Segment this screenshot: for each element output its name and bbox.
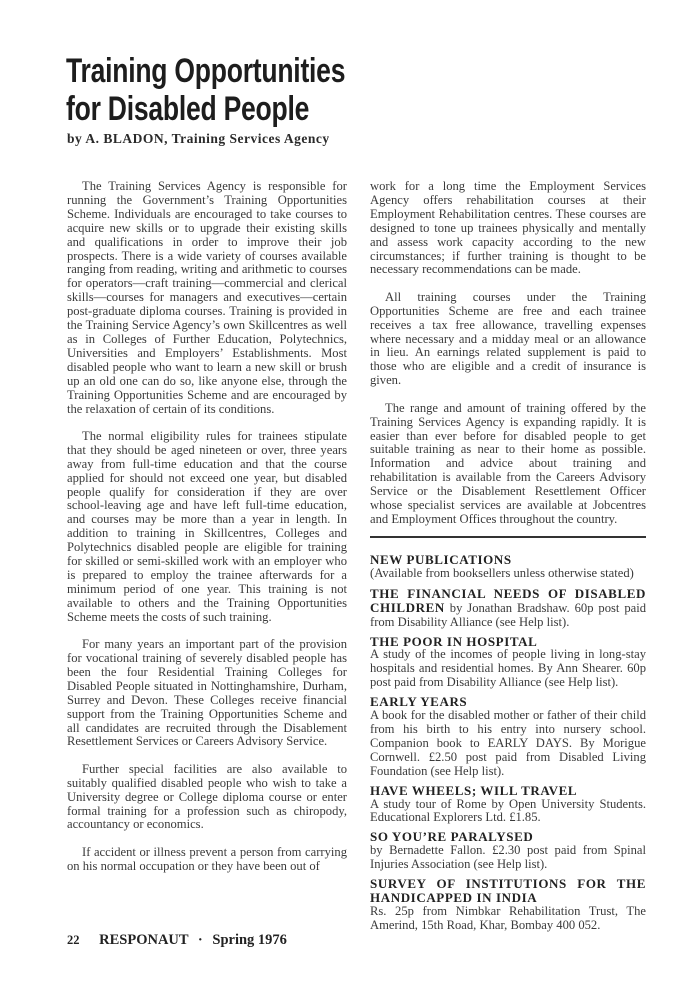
publication-item: SURVEY OF INSTITUTIONS FOR THE HANDICAPP…: [370, 877, 646, 933]
paragraph: All training courses under the Training …: [370, 291, 646, 388]
footer-separator: ·: [198, 932, 203, 948]
paragraph: If accident or illness prevent a person …: [67, 846, 347, 874]
publication-item: SO YOU’RE PARALYSED by Bernadette Fallon…: [370, 830, 646, 872]
article-title-line-2: for Disabled People: [66, 90, 309, 128]
new-publications-section: NEW PUBLICATIONS (Available from booksel…: [370, 553, 646, 938]
article-byline: by A. BLADON, Training Services Agency: [67, 131, 330, 147]
paragraph: The normal eligibility rules for trainee…: [67, 430, 347, 625]
publication-item: THE POOR IN HOSPITAL A study of the inco…: [370, 635, 646, 691]
publication-description: A study of the incomes of people living …: [370, 647, 646, 689]
left-column: The Training Services Agency is responsi…: [67, 180, 347, 887]
publication-title: SO YOU’RE PARALYSED: [370, 830, 646, 844]
paragraph: For many years an important part of the …: [67, 638, 347, 749]
magazine-name: RESPONAUT: [99, 932, 188, 948]
publications-heading: NEW PUBLICATIONS: [370, 553, 646, 567]
article-title: Training Opportunities for Disabled Peop…: [66, 52, 345, 128]
page-number: 22: [67, 933, 80, 947]
publication-description: by Bernadette Fallon. £2.30 post paid fr…: [370, 843, 646, 871]
publication-item: THE FINANCIAL NEEDS OF DISABLED CHILDREN…: [370, 587, 646, 630]
publication-title: EARLY YEARS: [370, 695, 646, 709]
issue-date: Spring 1976: [212, 932, 287, 948]
section-divider: [370, 536, 646, 538]
publication-title: THE FINANCIAL NEEDS OF DISABLED: [370, 587, 646, 601]
publication-item: EARLY YEARS A book for the disabled moth…: [370, 695, 646, 778]
paragraph: The Training Services Agency is responsi…: [67, 180, 347, 416]
magazine-page: Training Opportunities for Disabled Peop…: [0, 0, 690, 985]
article-title-line-1: Training Opportunities: [66, 52, 345, 90]
publication-description: A book for the disabled mother or father…: [370, 708, 646, 778]
publication-title: HAVE WHEELS; WILL TRAVEL: [370, 784, 646, 798]
page-footer: 22 RESPONAUT · Spring 1976: [67, 932, 287, 949]
publications-subheading: (Available from booksellers unless other…: [370, 567, 646, 581]
publication-title: SURVEY OF INSTITUTIONS FOR THE HANDICAPP…: [370, 877, 646, 905]
paragraph: The range and amount of training offered…: [370, 402, 646, 527]
paragraph-continued: work for a long time the Employment Serv…: [370, 180, 646, 277]
publication-item: HAVE WHEELS; WILL TRAVEL A study tour of…: [370, 784, 646, 826]
publication-title: THE POOR IN HOSPITAL: [370, 635, 646, 649]
publication-title-cont: CHILDREN: [370, 600, 445, 615]
publication-description: A study tour of Rome by Open University …: [370, 797, 646, 825]
right-column: work for a long time the Employment Serv…: [370, 180, 646, 540]
paragraph: Further special facilities are also avai…: [67, 763, 347, 833]
publication-description: Rs. 25p from Nimbkar Rehabilitation Trus…: [370, 904, 646, 932]
